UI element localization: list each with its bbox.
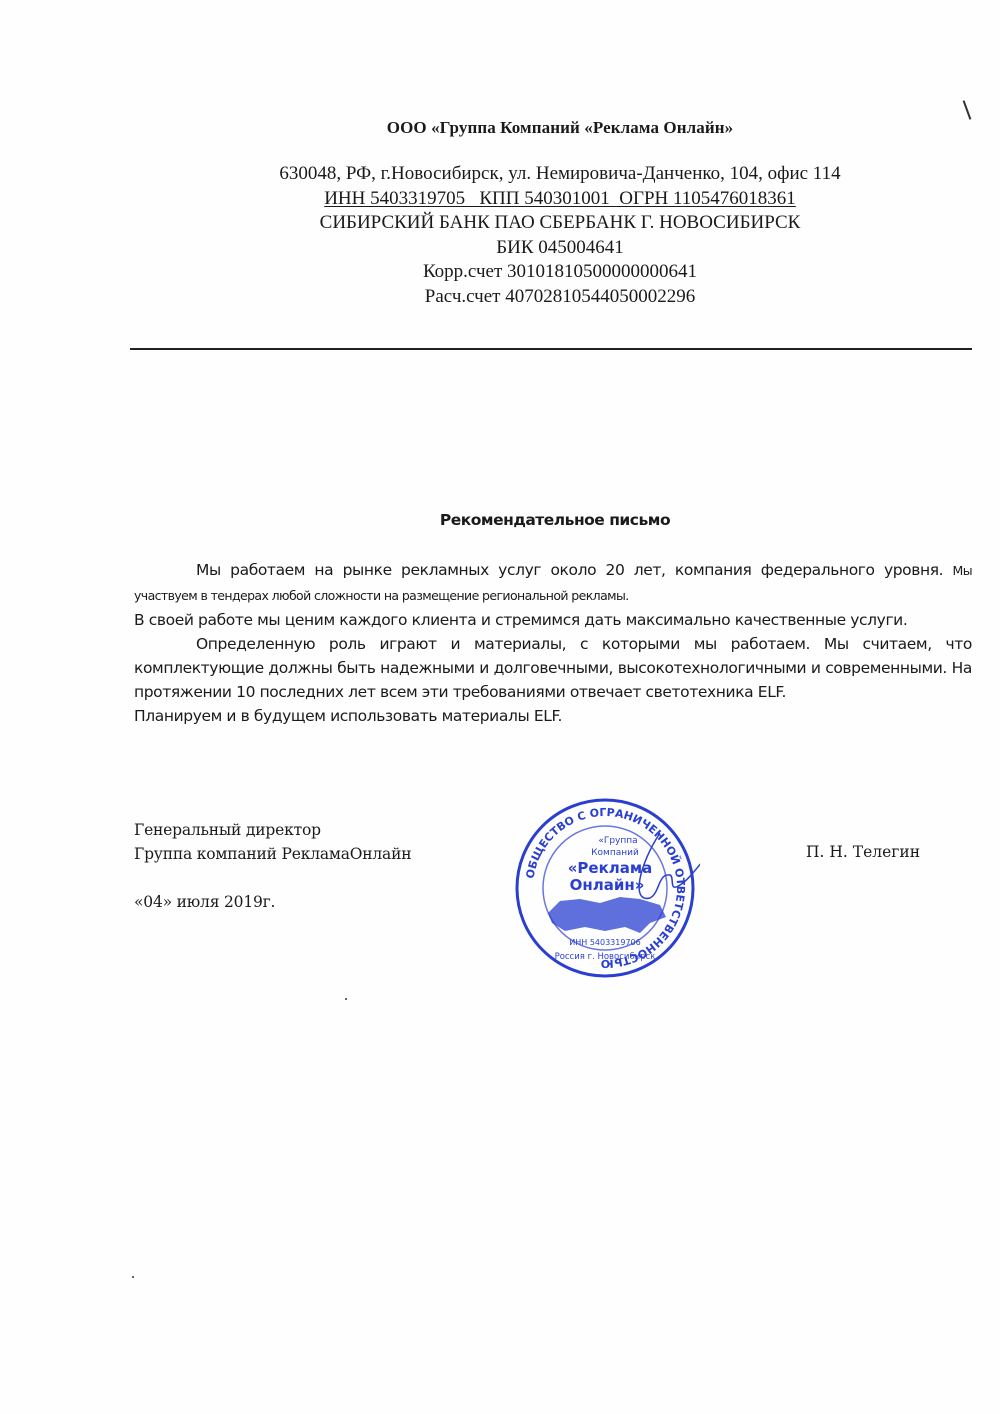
- paragraph-1-text: Мы работаем на рынке рекламных услуг око…: [196, 561, 953, 579]
- scan-speck: [345, 998, 347, 1000]
- signer-position: Генеральный директор: [134, 818, 411, 842]
- scan-mark: [963, 100, 972, 119]
- signer-name: П. Н. Телегин: [806, 843, 920, 861]
- paragraph-4: Планируем и в будущем использовать матер…: [134, 704, 972, 728]
- company-name: ООО «Группа Компаний «Реклама Онлайн»: [200, 118, 920, 138]
- letter-date: «04» июля 2019г.: [134, 890, 411, 914]
- bank-bik: БИК 045004641: [200, 236, 920, 261]
- svg-text:ИНН 5403319706: ИНН 5403319706: [569, 938, 640, 947]
- svg-text:«Группа: «Группа: [598, 836, 637, 846]
- company-stamp-icon: ОБЩЕСТВО С ОГРАНИЧЕННОЙ ОТВЕТСТВЕННОСТЬЮ…: [510, 793, 700, 983]
- bank-name: СИБИРСКИЙ БАНК ПАО СБЕРБАНК Г. НОВОСИБИР…: [200, 211, 920, 236]
- signature-block: Генеральный директор Группа компаний Рек…: [134, 818, 411, 914]
- svg-text:Россия г. Новосибирск: Россия г. Новосибирск: [555, 952, 656, 962]
- registration-numbers: ИНН 5403319705 КПП 540301001 ОГРН 110547…: [200, 187, 920, 212]
- svg-text:Онлайн»: Онлайн»: [570, 876, 645, 894]
- paragraph-2: В своей работе мы ценим каждого клиента …: [134, 608, 972, 632]
- document-page: ООО «Группа Компаний «Реклама Онлайн» 63…: [0, 0, 1000, 1414]
- paragraph-3: Определенную роль играют и материалы, с …: [134, 632, 972, 704]
- svg-text:«Реклама: «Реклама: [568, 859, 653, 877]
- settlement-account: Расч.счет 40702810544050002296: [200, 285, 920, 310]
- svg-text:Компаний: Компаний: [591, 848, 639, 858]
- header-divider: [130, 348, 972, 350]
- letterhead: ООО «Группа Компаний «Реклама Онлайн» 63…: [200, 118, 920, 309]
- company-address: 630048, РФ, г.Новосибирск, ул. Немирович…: [200, 162, 920, 187]
- paragraph-1: Мы работаем на рынке рекламных услуг око…: [134, 558, 972, 608]
- correspondent-account: Корр.счет 30101810500000000641: [200, 260, 920, 285]
- scan-speck: [132, 1276, 134, 1278]
- letter-body: Мы работаем на рынке рекламных услуг око…: [134, 558, 972, 728]
- letter-title: Рекомендательное письмо: [130, 511, 980, 529]
- signer-organization: Группа компаний РекламаОнлайн: [134, 842, 411, 866]
